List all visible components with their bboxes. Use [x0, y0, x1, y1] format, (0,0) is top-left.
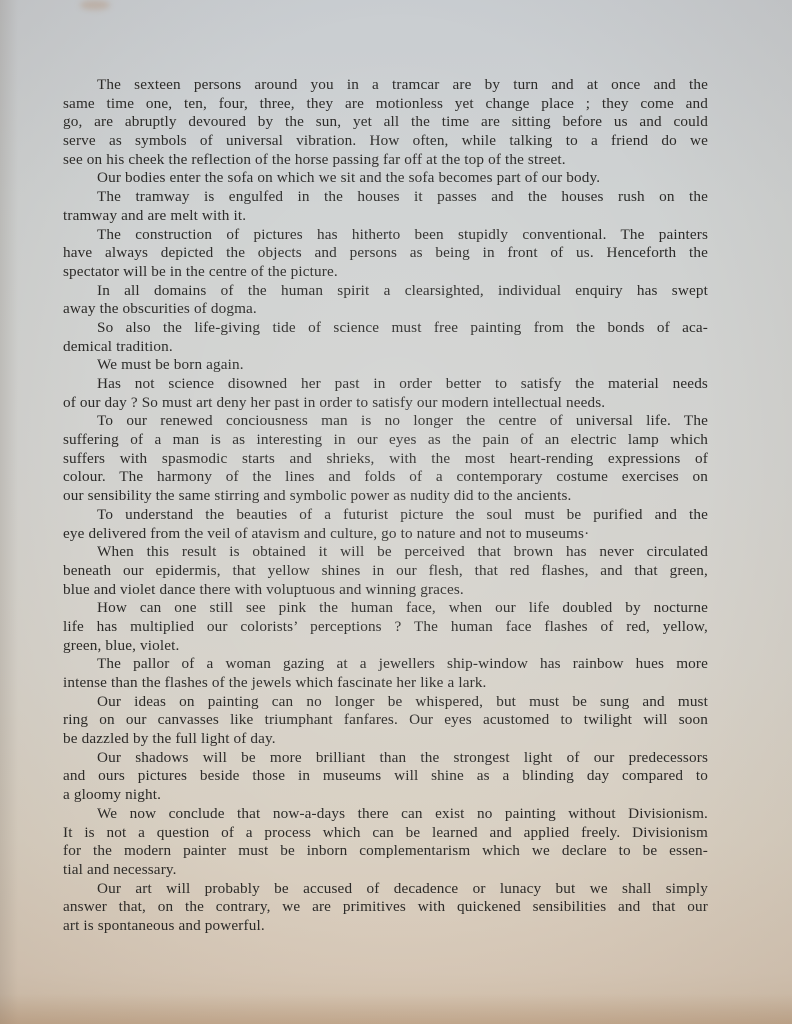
text-line: Our shadows will be more brilliant than …	[63, 749, 708, 768]
text-line: intense than the flashes of the jewels w…	[63, 674, 708, 693]
text-line: In all domains of the human spirit a cle…	[63, 282, 708, 301]
paragraph: We must be born again.	[63, 356, 708, 375]
page-bottom-discoloration	[0, 994, 792, 1024]
text-line: Our art will probably be accused of deca…	[63, 880, 708, 899]
text-line: Has not science disowned her past in ord…	[63, 375, 708, 394]
paragraph: So also the life-giving tide of science …	[63, 319, 708, 356]
paragraph: Our shadows will be more brilliant than …	[63, 749, 708, 805]
text-line: The sexteen persons around you in a tram…	[63, 76, 708, 95]
text-line: suffers with spasmodic starts and shriek…	[63, 450, 708, 469]
text-line: spectator will be in the centre of the p…	[63, 263, 708, 282]
text-line: colour. The harmony of the lines and fol…	[63, 468, 708, 487]
text-line: have always depicted the objects and per…	[63, 244, 708, 263]
text-line: of our day ? So must art deny her past i…	[63, 394, 708, 413]
text-line: green, blue, violet.	[63, 637, 708, 656]
paragraph: Has not science disowned her past in ord…	[63, 375, 708, 412]
paragraph: In all domains of the human spirit a cle…	[63, 282, 708, 319]
text-line: art is spontaneous and powerful.	[63, 917, 708, 936]
paragraph: Our ideas on painting can no longer be w…	[63, 693, 708, 749]
text-line: The tramway is engulfed in the houses it…	[63, 188, 708, 207]
paragraph: How can one still see pink the human fac…	[63, 599, 708, 655]
text-line: suffering of a man is as interesting in …	[63, 431, 708, 450]
text-line: The construction of pictures has hithert…	[63, 226, 708, 245]
text-line: We now conclude that now-a-days there ca…	[63, 805, 708, 824]
text-line: go, are abruptly devoured by the sun, ye…	[63, 113, 708, 132]
text-line: same time one, ten, four, three, they ar…	[63, 95, 708, 114]
paragraph: To our renewed conciousness man is no lo…	[63, 412, 708, 505]
text-line: blue and violet dance there with voluptu…	[63, 581, 708, 600]
text-line: life has multiplied our colorists’ perce…	[63, 618, 708, 637]
text-line: tial and necessary.	[63, 861, 708, 880]
text-line: To understand the beauties of a futurist…	[63, 506, 708, 525]
text-line: beneath our epidermis, that yellow shine…	[63, 562, 708, 581]
text-line: for the modern painter must be inborn co…	[63, 842, 708, 861]
text-line: tramway and are melt with it.	[63, 207, 708, 226]
paragraph: The pallor of a woman gazing at a jewell…	[63, 655, 708, 692]
paragraph: To understand the beauties of a futurist…	[63, 506, 708, 543]
text-line: When this result is obtained it will be …	[63, 543, 708, 562]
page-edge-shadow	[0, 0, 18, 1024]
paragraph: We now conclude that now-a-days there ca…	[63, 805, 708, 880]
paragraph: The tramway is engulfed in the houses it…	[63, 188, 708, 225]
text-line: So also the life-giving tide of science …	[63, 319, 708, 338]
text-line: ring on our canvasses like triumphant fa…	[63, 711, 708, 730]
text-line: a gloomy night.	[63, 786, 708, 805]
text-line: How can one still see pink the human fac…	[63, 599, 708, 618]
text-line: We must be born again.	[63, 356, 708, 375]
text-line: Our bodies enter the sofa on which we si…	[63, 169, 708, 188]
paper-stain	[80, 0, 110, 10]
paragraph: Our art will probably be accused of deca…	[63, 880, 708, 936]
text-line: away the obscurities of dogma.	[63, 300, 708, 319]
scanned-page: The sexteen persons around you in a tram…	[0, 0, 792, 1024]
paragraph: Our bodies enter the sofa on which we si…	[63, 169, 708, 188]
text-line: and ours pictures beside those in museum…	[63, 767, 708, 786]
text-line: The pallor of a woman gazing at a jewell…	[63, 655, 708, 674]
text-line: Our ideas on painting can no longer be w…	[63, 693, 708, 712]
text-line: our sensibility the same stirring and sy…	[63, 487, 708, 506]
text-line: answer that, on the contrary, we are pri…	[63, 898, 708, 917]
text-line: It is not a question of a process which …	[63, 824, 708, 843]
manifesto-text-block: The sexteen persons around you in a tram…	[63, 76, 708, 936]
paragraph: The sexteen persons around you in a tram…	[63, 76, 708, 169]
text-line: demical tradition.	[63, 338, 708, 357]
text-line: serve as symbols of universal vibration.…	[63, 132, 708, 151]
paragraph: The construction of pictures has hithert…	[63, 226, 708, 282]
text-line: be dazzled by the full light of day.	[63, 730, 708, 749]
text-line: eye delivered from the veil of atavism a…	[63, 525, 708, 544]
text-line: see on his cheek the reflection of the h…	[63, 151, 708, 170]
paragraph: When this result is obtained it will be …	[63, 543, 708, 599]
text-line: To our renewed conciousness man is no lo…	[63, 412, 708, 431]
